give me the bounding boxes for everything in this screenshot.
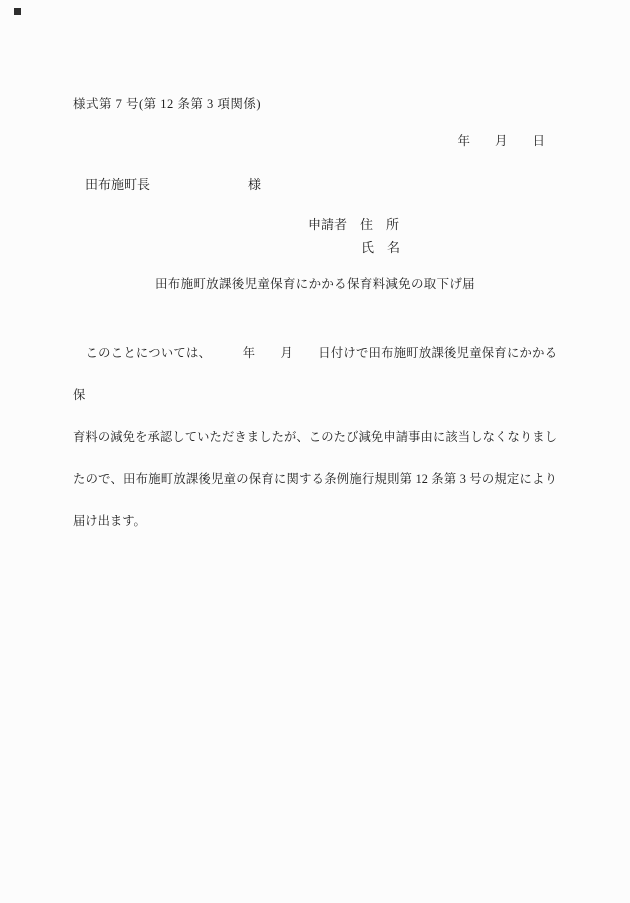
applicant-address-label: 住 所: [360, 216, 399, 233]
document-page: 様式第 7 号(第 12 条第 3 項関係) 年 月 日 田布施町長 様 申請者…: [0, 0, 630, 903]
applicant-name-label: 氏 名: [361, 239, 400, 256]
addressee-name: 田布施町長: [85, 176, 150, 193]
addressee-honorific: 様: [248, 176, 261, 193]
document-title: 田布施町放課後児童保育にかかる保育料減免の取下げ届: [0, 276, 630, 293]
date-line: 年 月 日: [457, 133, 545, 149]
body-line-1: このことについては、 年 月 日付けで田布施町放課後児童保育にかかる保: [73, 332, 557, 416]
scan-artifact-mark: [14, 8, 21, 15]
applicant-label: 申請者: [308, 216, 347, 233]
body-line-4: 届け出ます。: [73, 500, 557, 542]
body-line-3: たので、田布施町放課後児童の保育に関する条例施行規則第 12 条第 3 号の規定…: [73, 458, 557, 500]
body-paragraph: このことについては、 年 月 日付けで田布施町放課後児童保育にかかる保 育料の減…: [73, 332, 557, 542]
body-line-2: 育料の減免を承認していただきましたが、このたび減免申請事由に該当しなくなりまし: [73, 416, 557, 458]
form-number: 様式第 7 号(第 12 条第 3 項関係): [73, 96, 261, 112]
